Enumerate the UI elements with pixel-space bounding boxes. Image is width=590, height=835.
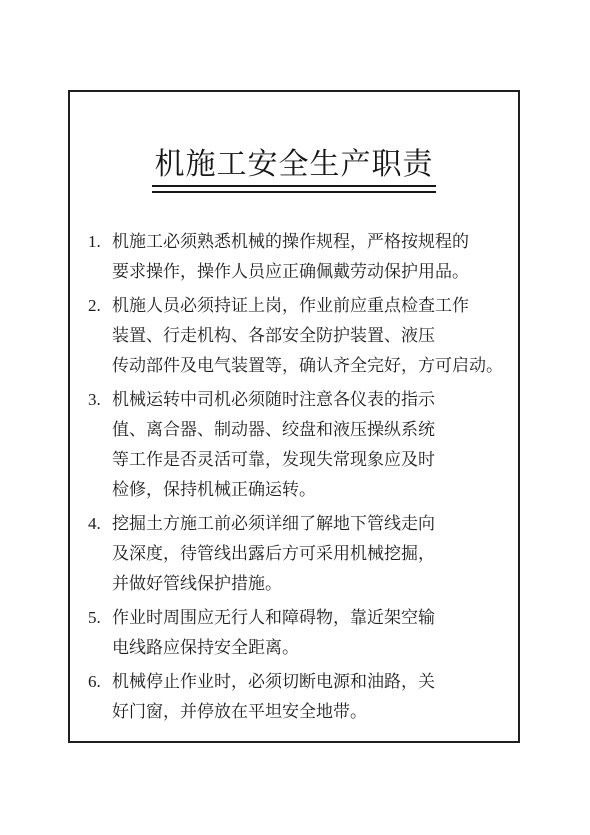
document-frame: 机施工安全生产职责 1.机施工必须熟悉机械的操作规程，严格按规程的 要求操作，操… bbox=[68, 90, 520, 743]
list-item-text: 机施工必须熟悉机械的操作规程，严格按规程的 要求操作，操作人员应正确佩戴劳动保护… bbox=[112, 227, 504, 287]
list-item: 5.作业时周围应无行人和障碍物，靠近架空输 电线路应保持安全距离。 bbox=[88, 603, 504, 663]
list-item-text: 挖掘土方施工前必须详细了解地下管线走向 及深度，待管线出露后方可采用机械挖掘， … bbox=[112, 509, 504, 599]
list-item-number: 6. bbox=[88, 667, 112, 697]
list-item-text: 机械停止作业时，必须切断电源和油路，关 好门窗，并停放在平坦安全地带。 bbox=[112, 667, 504, 727]
list-item-text: 机施人员必须持证上岗，作业前应重点检查工作 装置、行走机构、各部安全防护装置、液… bbox=[112, 291, 504, 381]
list-item-number: 4. bbox=[88, 509, 112, 539]
list-item: 2.机施人员必须持证上岗，作业前应重点检查工作 装置、行走机构、各部安全防护装置… bbox=[88, 291, 504, 381]
list-item-text: 机械运转中司机必须随时注意各仪表的指示 值、离合器、制动器、绞盘和液压操纵系统 … bbox=[112, 385, 504, 505]
list-item: 4.挖掘土方施工前必须详细了解地下管线走向 及深度，待管线出露后方可采用机械挖掘… bbox=[88, 509, 504, 599]
list-item-text: 作业时周围应无行人和障碍物，靠近架空输 电线路应保持安全距离。 bbox=[112, 603, 504, 663]
title-underline bbox=[152, 185, 436, 193]
list-item: 3.机械运转中司机必须随时注意各仪表的指示 值、离合器、制动器、绞盘和液压操纵系… bbox=[88, 385, 504, 505]
list-item-number: 5. bbox=[88, 603, 112, 633]
list-item-number: 3. bbox=[88, 385, 112, 415]
page: { "document": { "title": "机施工安全生产职责", "i… bbox=[0, 0, 590, 835]
page-title: 机施工安全生产职责 bbox=[70, 147, 518, 183]
list-item-number: 1. bbox=[88, 227, 112, 257]
list-item-number: 2. bbox=[88, 291, 112, 321]
list-item: 6.机械停止作业时，必须切断电源和油路，关 好门窗，并停放在平坦安全地带。 bbox=[88, 667, 504, 727]
duty-list: 1.机施工必须熟悉机械的操作规程，严格按规程的 要求操作，操作人员应正确佩戴劳动… bbox=[70, 227, 518, 727]
title-block: 机施工安全生产职责 bbox=[70, 147, 518, 193]
list-item: 1.机施工必须熟悉机械的操作规程，严格按规程的 要求操作，操作人员应正确佩戴劳动… bbox=[88, 227, 504, 287]
